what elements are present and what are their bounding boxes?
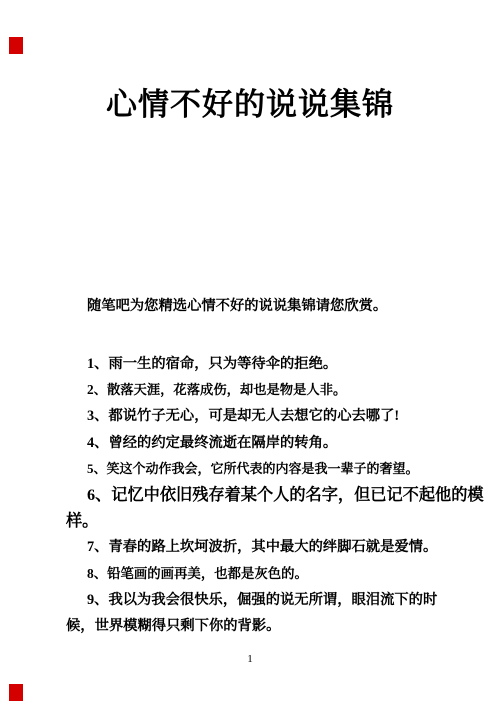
quote-line: 样。 bbox=[66, 508, 494, 534]
quote-line: 9、我以为我会很快乐，倔强的说无所谓，眼泪流下的时 bbox=[66, 587, 494, 613]
quote-line: 候，世界模糊得只剩下你的背影。 bbox=[66, 613, 494, 639]
quote-line: 7、青春的路上坎坷波折，其中最大的绊脚石就是爱情。 bbox=[66, 534, 494, 560]
quote-line: 4、曾经的约定最终流逝在隔岸的转角。 bbox=[66, 430, 494, 456]
quote-line: 1、雨一生的宿命，只为等待伞的拒绝。 bbox=[66, 351, 494, 377]
quote-line: 6、记忆中依旧残存着某个人的名字，但已记不起他的模 bbox=[66, 482, 494, 508]
quote-line: 8、铅笔画的画再美，也都是灰色的。 bbox=[66, 561, 494, 587]
document-page: 心情不好的说说集锦 随笔吧为您精选心情不好的说说集锦请您欣赏。 1、雨一生的宿命… bbox=[0, 0, 500, 707]
quote-list: 1、雨一生的宿命，只为等待伞的拒绝。2、散落天涯，花落成伤，却也是物是人非。3、… bbox=[66, 351, 494, 639]
quote-line: 3、都说竹子无心，可是却无人去想它的心去哪了! bbox=[66, 403, 494, 429]
page-number: 1 bbox=[0, 652, 500, 666]
red-corner-marker-bottom bbox=[9, 684, 23, 701]
document-title: 心情不好的说说集锦 bbox=[0, 87, 500, 123]
intro-paragraph: 随笔吧为您精选心情不好的说说集锦请您欣赏。 bbox=[66, 296, 500, 316]
quote-line: 2、散落天涯，花落成伤，却也是物是人非。 bbox=[66, 377, 494, 403]
red-corner-marker-top bbox=[9, 37, 23, 54]
quote-line: 5、笑这个动作我会，它所代表的内容是我一辈子的奢望。 bbox=[66, 456, 494, 482]
